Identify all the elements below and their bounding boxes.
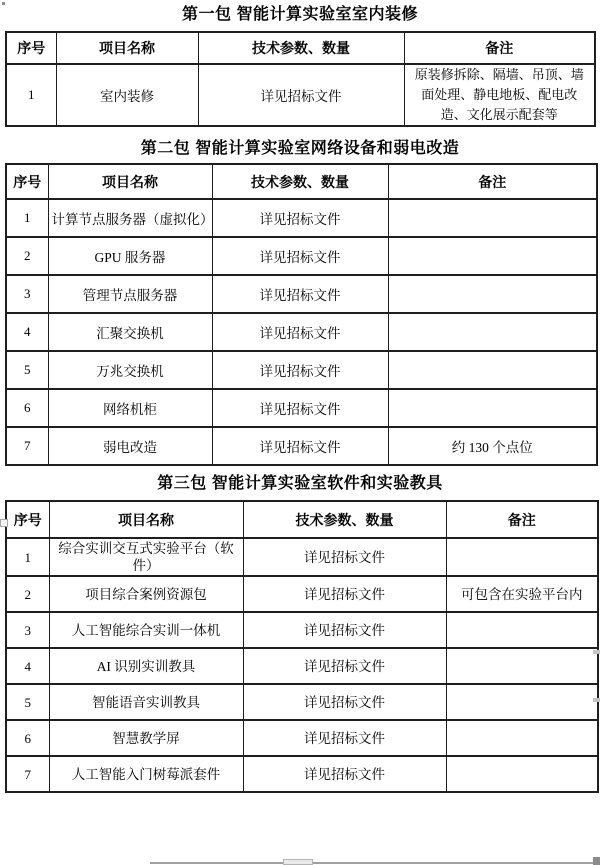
row-number-cell: 4 [6, 648, 49, 684]
remark-cell [446, 648, 598, 684]
row-number-cell: 7 [6, 756, 49, 792]
table-row: 3人工智能综合实训一体机详见招标文件 [6, 612, 598, 648]
vscrollbar-fragment[interactable] [593, 650, 600, 654]
package-1-title: 第一包 智能计算实验室室内装修 [0, 6, 600, 24]
table-row: 3管理节点服务器详见招标文件 [6, 275, 597, 313]
remark-cell [446, 684, 598, 720]
spec-cell: 详见招标文件 [243, 720, 446, 756]
spec-cell: 详见招标文件 [212, 351, 388, 389]
remark-cell [388, 275, 597, 313]
table-row: 6智慧教学屏详见招标文件 [6, 720, 598, 756]
column-header: 序号 [6, 164, 48, 199]
table-drag-handle-icon[interactable] [0, 519, 8, 527]
row-number-cell: 2 [6, 576, 49, 612]
package-3-title: 第三包 智能计算实验室软件和实验教具 [0, 475, 600, 493]
column-header: 项目名称 [56, 32, 198, 64]
scroll-corner-fragment [593, 857, 600, 865]
item-name-cell: 万兆交换机 [48, 351, 212, 389]
table-row: 5万兆交换机详见招标文件 [6, 351, 597, 389]
remark-cell [446, 756, 598, 792]
column-header: 备注 [388, 164, 597, 199]
hscrollbar-thumb[interactable] [283, 859, 313, 865]
row-number-cell: 5 [6, 351, 48, 389]
row-number-cell: 1 [6, 64, 56, 126]
table-row: 5智能语音实训教具详见招标文件 [6, 684, 598, 720]
remark-cell: 约 130 个点位 [388, 427, 597, 465]
remark-cell [446, 720, 598, 756]
spec-cell: 详见招标文件 [212, 427, 388, 465]
row-number-cell: 6 [6, 720, 49, 756]
remark-cell [388, 199, 597, 237]
row-number-cell: 1 [6, 538, 49, 576]
item-name-cell: 人工智能入门树莓派套件 [49, 756, 243, 792]
remark-cell [388, 237, 597, 275]
row-number-cell: 4 [6, 313, 48, 351]
spec-cell: 详见招标文件 [198, 64, 404, 126]
spec-cell: 详见招标文件 [243, 576, 446, 612]
table-row: 6网络机柜详见招标文件 [6, 389, 597, 427]
item-name-cell: GPU 服务器 [48, 237, 212, 275]
row-number-cell: 1 [6, 199, 48, 237]
spec-cell: 详见招标文件 [212, 389, 388, 427]
row-number-cell: 3 [6, 275, 48, 313]
spec-cell: 详见招标文件 [243, 756, 446, 792]
row-number-cell: 2 [6, 237, 48, 275]
item-name-cell: 管理节点服务器 [48, 275, 212, 313]
package-1-table: 序号项目名称技术参数、数量备注 1室内装修详见招标文件原装修拆除、隔墙、吊顶、墙… [5, 31, 596, 127]
item-name-cell: 智能语音实训教具 [49, 684, 243, 720]
remark-cell [388, 389, 597, 427]
remark-cell [388, 313, 597, 351]
spec-cell: 详见招标文件 [212, 199, 388, 237]
spec-cell: 详见招标文件 [212, 313, 388, 351]
table-row: 1综合实训交互式实验平台（软件）详见招标文件 [6, 538, 598, 576]
table-row: 2项目综合案例资源包详见招标文件可包含在实验平台内 [6, 576, 598, 612]
remark-cell: 可包含在实验平台内 [446, 576, 598, 612]
table-row: 7弱电改造详见招标文件约 130 个点位 [6, 427, 597, 465]
table-row: 1计算节点服务器（虚拟化）详见招标文件 [6, 199, 597, 237]
header-row: 序号项目名称技术参数、数量备注 [6, 164, 597, 199]
package-3-table: 序号项目名称技术参数、数量备注 1综合实训交互式实验平台（软件）详见招标文件2项… [5, 500, 599, 793]
item-name-cell: 智慧教学屏 [49, 720, 243, 756]
remark-cell [446, 538, 598, 576]
column-header: 备注 [446, 501, 598, 538]
column-header: 技术参数、数量 [212, 164, 388, 199]
row-number-cell: 5 [6, 684, 49, 720]
spec-cell: 详见招标文件 [243, 612, 446, 648]
header-row: 序号项目名称技术参数、数量备注 [6, 32, 595, 64]
spec-cell: 详见招标文件 [243, 648, 446, 684]
column-header: 技术参数、数量 [243, 501, 446, 538]
vscrollbar-fragment[interactable] [593, 698, 600, 702]
row-number-cell: 7 [6, 427, 48, 465]
table-row: 1室内装修详见招标文件原装修拆除、隔墙、吊顶、墙面处理、静电地板、配电改造、文化… [6, 64, 595, 126]
column-header: 序号 [6, 32, 56, 64]
spec-cell: 详见招标文件 [243, 538, 446, 576]
column-header: 项目名称 [49, 501, 243, 538]
table-row: 7人工智能入门树莓派套件详见招标文件 [6, 756, 598, 792]
column-header: 序号 [6, 501, 49, 538]
item-name-cell: AI 识别实训教具 [49, 648, 243, 684]
item-name-cell: 计算节点服务器（虚拟化） [48, 199, 212, 237]
page-bottom-divider [150, 862, 600, 864]
spec-cell: 详见招标文件 [243, 684, 446, 720]
table-row: 2GPU 服务器详见招标文件 [6, 237, 597, 275]
spec-cell: 详见招标文件 [212, 275, 388, 313]
item-name-cell: 项目综合案例资源包 [49, 576, 243, 612]
package-2-title: 第二包 智能计算实验室网络设备和弱电改造 [0, 140, 600, 158]
spec-cell: 详见招标文件 [212, 237, 388, 275]
remark-cell [388, 351, 597, 389]
remark-cell [446, 612, 598, 648]
remark-cell: 原装修拆除、隔墙、吊顶、墙面处理、静电地板、配电改造、文化展示配套等 [404, 64, 595, 126]
column-header: 技术参数、数量 [198, 32, 404, 64]
item-name-cell: 室内装修 [56, 64, 198, 126]
table-row: 4AI 识别实训教具详见招标文件 [6, 648, 598, 684]
column-header: 项目名称 [48, 164, 212, 199]
table-row: 4汇聚交换机详见招标文件 [6, 313, 597, 351]
item-name-cell: 汇聚交换机 [48, 313, 212, 351]
row-number-cell: 6 [6, 389, 48, 427]
item-name-cell: 网络机柜 [48, 389, 212, 427]
column-header: 备注 [404, 32, 595, 64]
page-corner-dot [2, 2, 5, 5]
header-row: 序号项目名称技术参数、数量备注 [6, 501, 598, 538]
package-2-table: 序号项目名称技术参数、数量备注 1计算节点服务器（虚拟化）详见招标文件2GPU … [5, 163, 598, 466]
item-name-cell: 弱电改造 [48, 427, 212, 465]
row-number-cell: 3 [6, 612, 49, 648]
item-name-cell: 综合实训交互式实验平台（软件） [49, 538, 243, 576]
item-name-cell: 人工智能综合实训一体机 [49, 612, 243, 648]
